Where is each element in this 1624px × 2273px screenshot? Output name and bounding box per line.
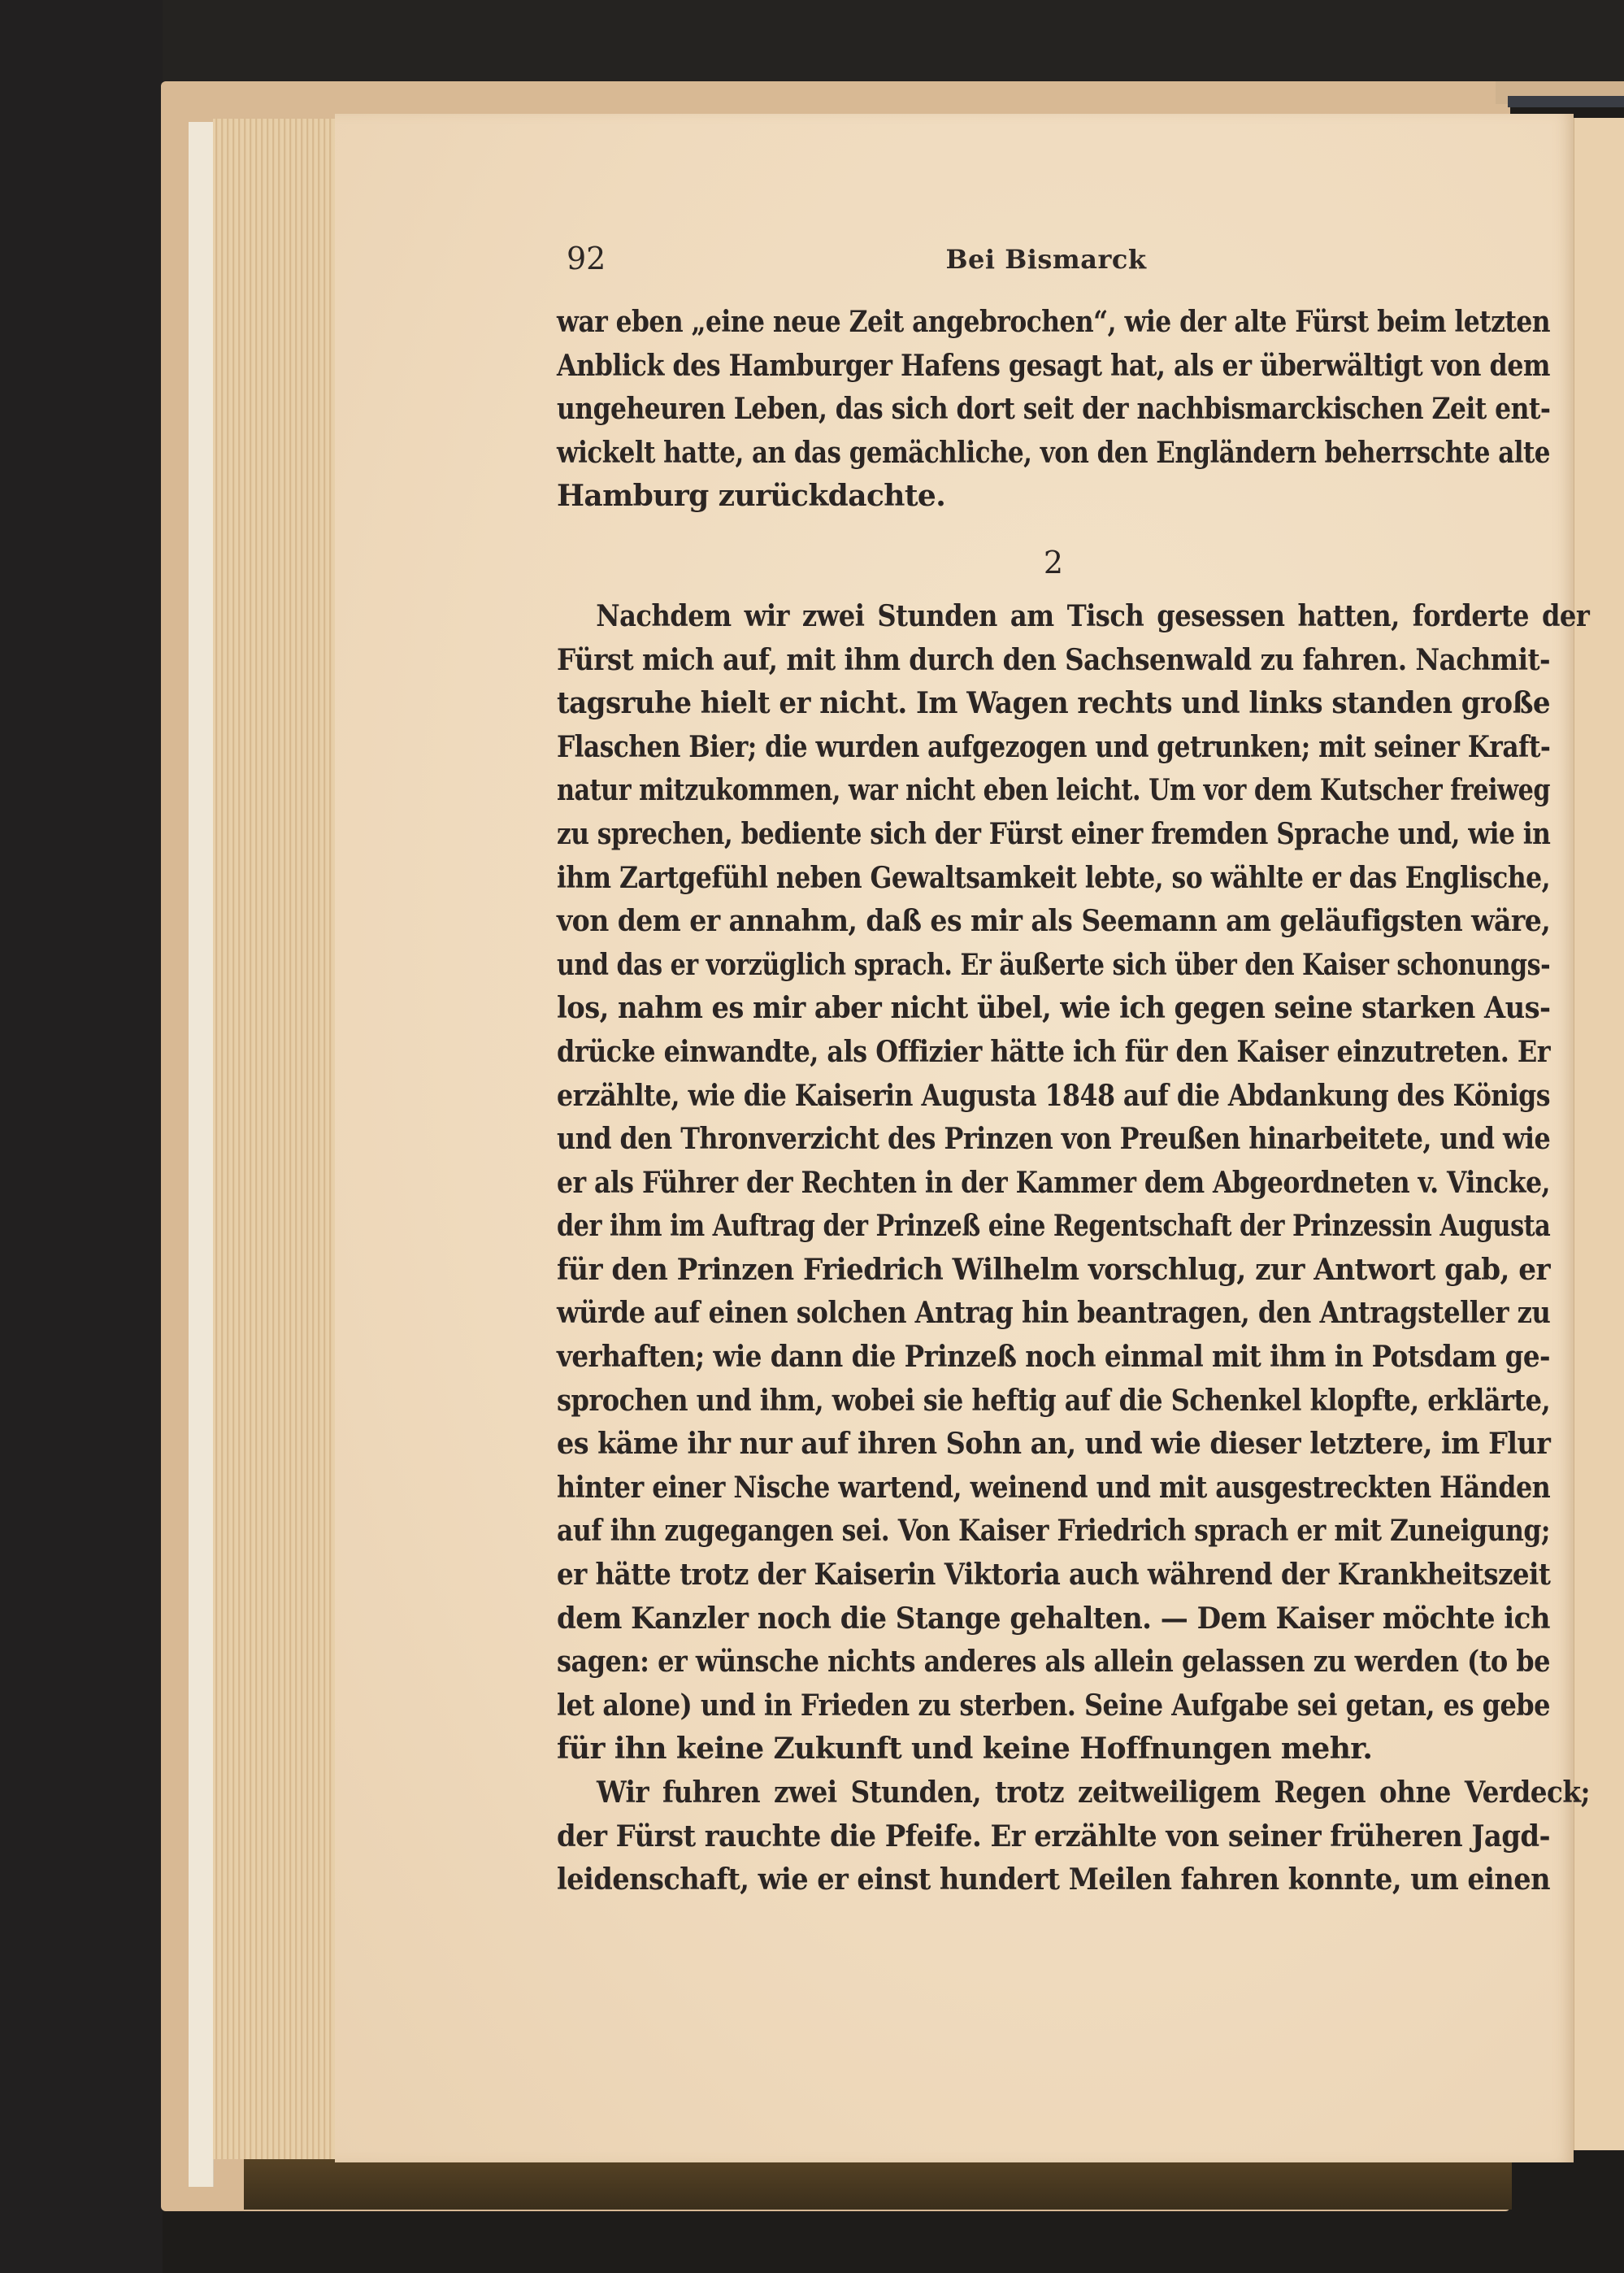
text-line: Flaschen Bier; die wurden aufgezogen und…: [557, 726, 1550, 770]
endpaper: [189, 122, 214, 2187]
text-line: würde auf einen solchen Antrag hin beant…: [557, 1292, 1550, 1336]
text-line: der ihm im Auftrag der Prinzeß eine Rege…: [557, 1205, 1550, 1249]
section-number: 2: [557, 530, 1550, 595]
text-line: ungeheuren Leben, das sich dort seit der…: [557, 388, 1550, 432]
text-line: für den Prinzen Friedrich Wilhelm vorsch…: [557, 1249, 1550, 1293]
text-line: und das er vorzüglich sprach. Er äußerte…: [557, 944, 1550, 988]
text-line: leidenschaft, wie er einst hundert Meile…: [557, 1858, 1550, 1902]
text-line: auf ihn zugegangen sei. Von Kaiser Fried…: [557, 1510, 1550, 1554]
text-line: let alone) und in Frieden zu sterben. Se…: [557, 1684, 1550, 1728]
paragraph-2: Nachdem wir zwei Stunden am Tisch gesess…: [557, 595, 1550, 1771]
text-line: los, nahm es mir aber nicht übel, wie ic…: [557, 987, 1550, 1031]
text-line: ihm Zartgefühl neben Gewaltsamkeit lebte…: [557, 857, 1550, 901]
text-line: Nachdem wir zwei Stunden am Tisch gesess…: [557, 595, 1589, 639]
text-line: Wir fuhren zwei Stunden, trotz zeitweili…: [557, 1771, 1590, 1815]
text-line: er hätte trotz der Kaiserin Viktoria auc…: [557, 1554, 1550, 1597]
text-line: dem Kanzler noch die Stange gehalten. — …: [557, 1597, 1550, 1641]
text-line: er als Führer der Rechten in der Kammer …: [557, 1162, 1550, 1206]
text-line: erzählte, wie die Kaiserin Augusta 1848 …: [557, 1075, 1550, 1119]
paragraph-1: war eben „eine neue Zeit angebrochen“, w…: [557, 301, 1550, 519]
text-line: es käme ihr nur auf ihren Sohn an, und w…: [557, 1423, 1550, 1467]
body-text: war eben „eine neue Zeit angebrochen“, w…: [557, 301, 1550, 1902]
text-line: sprochen und ihm, wobei sie heftig auf d…: [557, 1380, 1550, 1423]
paragraph-3: Wir fuhren zwei Stunden, trotz zeitweili…: [557, 1771, 1550, 1902]
text-line: zu sprechen, bediente sich der Fürst ein…: [557, 813, 1550, 857]
page-stack-edges: [213, 119, 337, 2159]
scan-backdrop: [0, 0, 1624, 81]
text-line: Fürst mich auf, mit ihm durch den Sachse…: [557, 639, 1550, 683]
book-spine-band: [1508, 96, 1624, 107]
text-line: wickelt hatte, an das gemächliche, von d…: [557, 432, 1550, 476]
running-title: Bei Bismarck: [567, 244, 1526, 275]
text-line: für ihn keine Zukunft und keine Hoffnung…: [557, 1728, 1550, 1771]
text-line: natur mitzukommen, war nicht eben leicht…: [557, 769, 1550, 813]
scan-backdrop-left: [0, 0, 163, 2273]
facing-page-edge: [1574, 118, 1624, 2150]
text-line: und den Thronverzicht des Prinzen von Pr…: [557, 1118, 1550, 1162]
text-line: verhaften; wie dann die Prinzeß noch ein…: [557, 1336, 1550, 1380]
text-line: von dem er annahm, daß es mir als Seeman…: [557, 900, 1550, 944]
text-line: hinter einer Nische wartend, weinend und…: [557, 1467, 1550, 1510]
text-line: Hamburg zurückdachte.: [557, 475, 1550, 519]
text-line: war eben „eine neue Zeit angebrochen“, w…: [557, 301, 1550, 345]
running-head: 92 Bei Bismarck: [567, 241, 1526, 281]
text-line: der Fürst rauchte die Pfeife. Er erzählt…: [557, 1815, 1550, 1859]
text-line: Anblick des Hamburger Hafens gesagt hat,…: [557, 345, 1550, 389]
text-line: sagen: er wünsche nichts anderes als all…: [557, 1641, 1550, 1684]
text-line: tagsruhe hielt er nicht. Im Wagen rechts…: [557, 682, 1550, 726]
text-line: drücke einwandte, als Offizier hätte ich…: [557, 1031, 1550, 1075]
